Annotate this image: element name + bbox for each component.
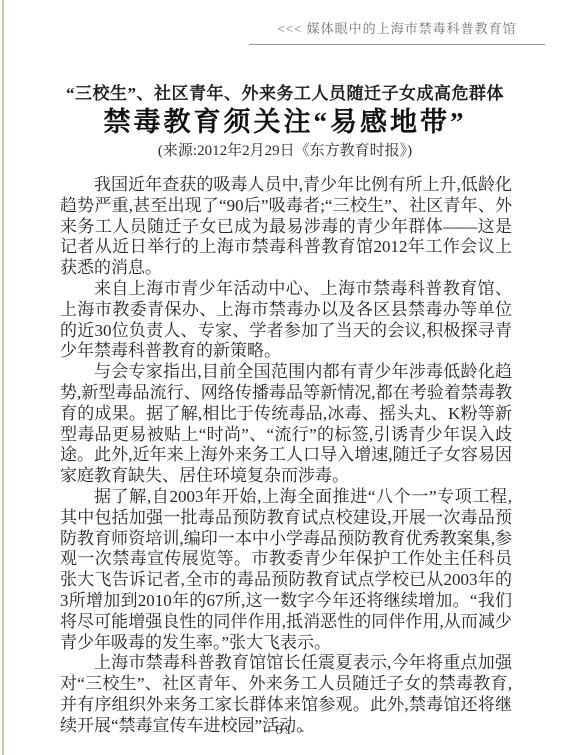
- paragraph: 与会专家指出,目前全国范围内都有青少年涉毒低龄化趋势,新型毒品流行、网络传播毒品…: [60, 362, 512, 487]
- document-page: <<< 媒体眼中的上海市禁毒科普教育馆 “三校生”、社区青年、外来务工人员随迁子…: [0, 0, 570, 755]
- article-title: 禁毒教育须关注“易感地带”: [0, 100, 570, 139]
- page-number: - 91 -: [0, 723, 570, 739]
- running-header: <<< 媒体眼中的上海市禁毒科普教育馆: [249, 18, 545, 45]
- article-body: 我国近年查获的吸毒人员中,青少年比例有所上升,低龄化趋势严重,甚至出现了“90后…: [60, 175, 512, 737]
- article-source: (来源:2012年2月29日《东方教育时报》): [0, 139, 570, 160]
- paragraph: 据了解,自2003年开始,上海全面推进“八个一”专项工程,其中包括加强一批毒品预…: [60, 487, 512, 653]
- paragraph: 我国近年查获的吸毒人员中,青少年比例有所上升,低龄化趋势严重,甚至出现了“90后…: [60, 175, 512, 279]
- running-header-text: <<< 媒体眼中的上海市禁毒科普教育馆: [277, 21, 516, 36]
- paragraph: 来自上海市青少年活动中心、上海市禁毒科普教育馆、上海市教委青保办、上海市禁毒办以…: [60, 279, 512, 362]
